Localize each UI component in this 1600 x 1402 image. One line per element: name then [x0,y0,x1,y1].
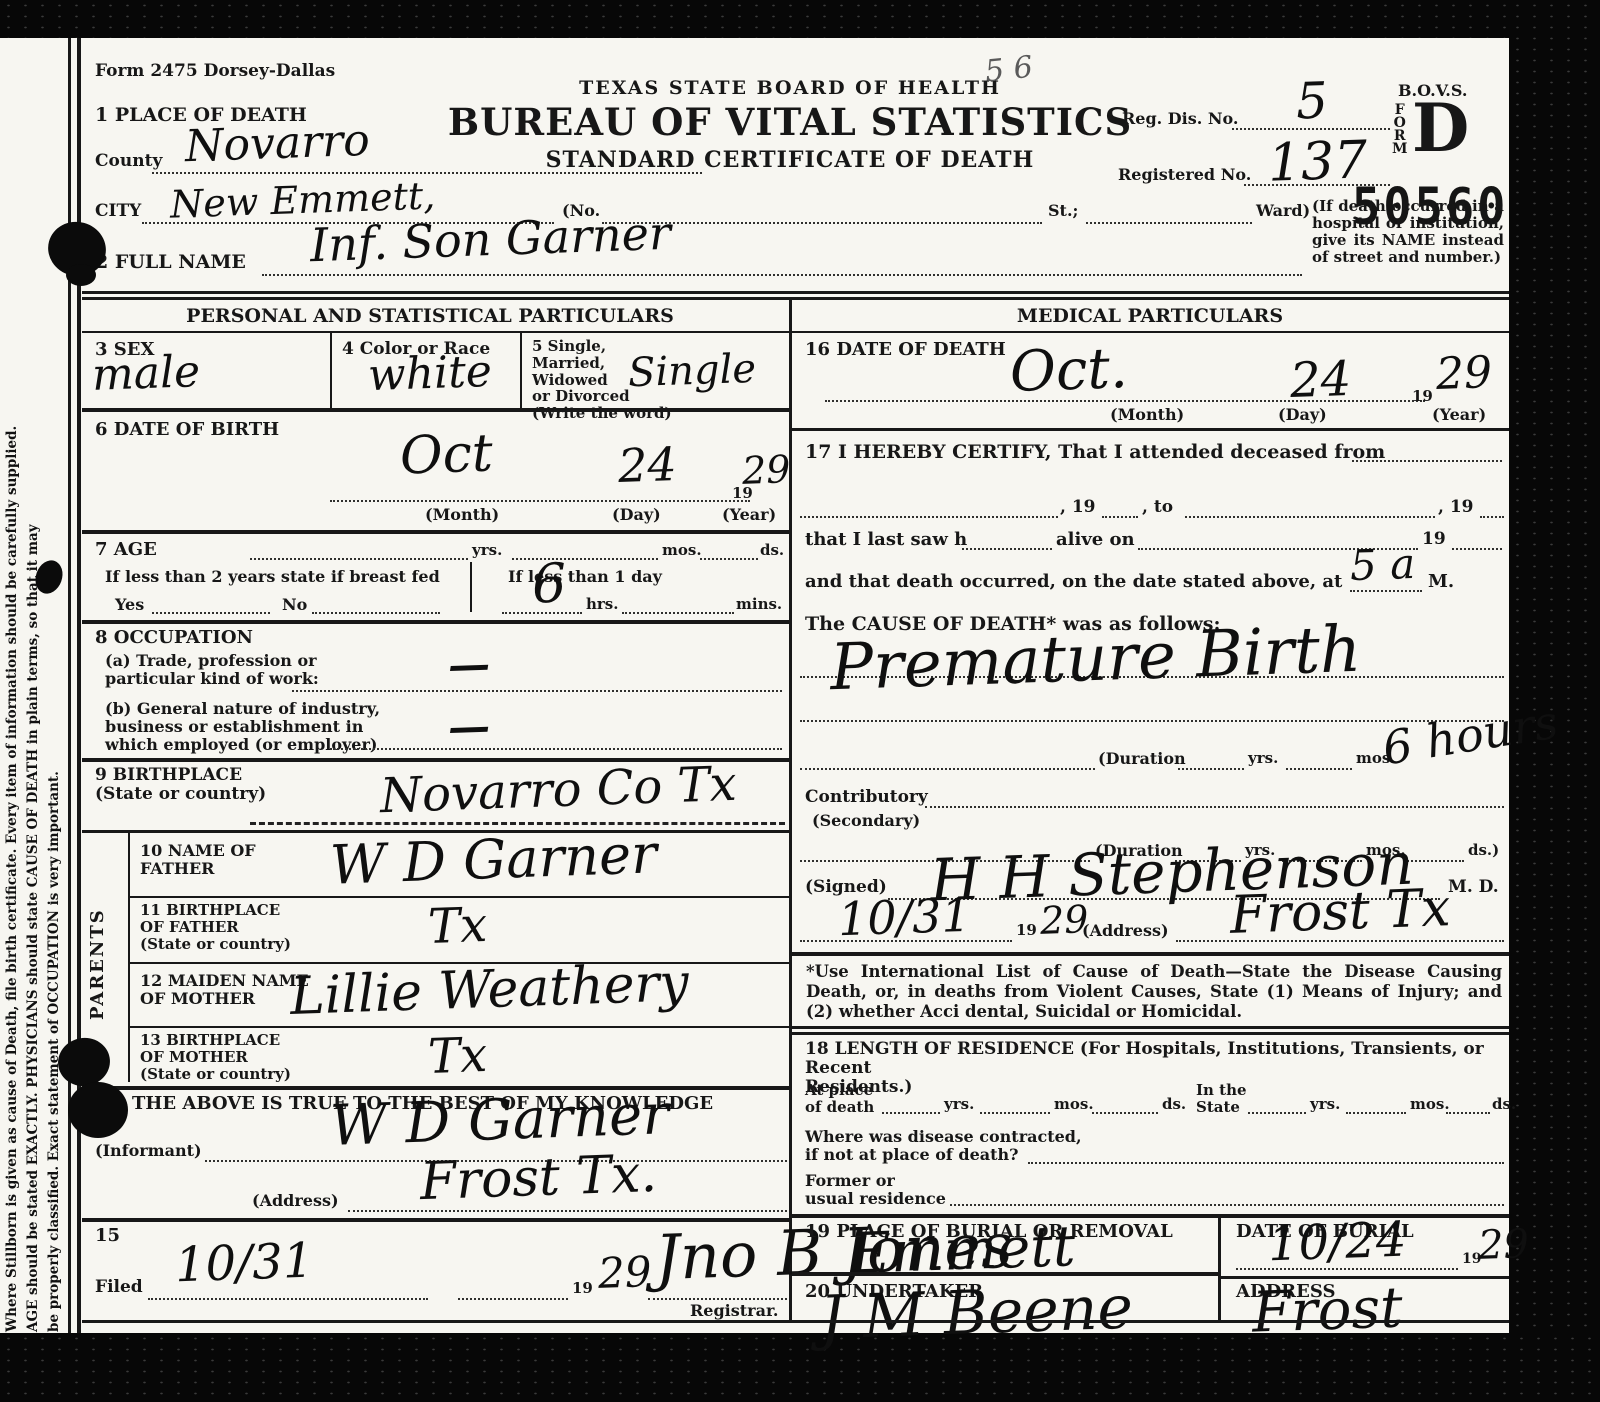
certify-label: 17 I HEREBY CERTIFY, That I attended dec… [805,442,1385,463]
mother-name-label: 12 MAIDEN NAME OF MOTHER [140,972,309,1008]
father-birthplace-label: 11 BIRTHPLACE OF FATHER (State or countr… [140,902,291,952]
parents-vertical-label: PARENTS [88,900,108,1020]
father-birthplace-value: Tx [427,897,488,955]
row16-divider [792,428,1509,431]
informant-address-line [348,1210,787,1212]
row7-divider [82,620,789,624]
former-residence-label: Former or usual residence [805,1172,946,1208]
ward-label: Ward) [1256,202,1310,220]
occupation-label: 8 OCCUPATION [95,628,253,648]
cause-footnote: *Use International List of Cause of Deat… [806,962,1502,1022]
death-time-line [1350,590,1422,592]
color-value: white [367,346,493,401]
mother-name-value: Lillie Weathery [289,953,690,1027]
street-line [1086,222,1252,224]
instate-mos-label: mos. [1410,1096,1450,1113]
duration-lead-line [800,768,1095,770]
duration-label: (Duration [1098,750,1186,768]
header-divider-2 [82,297,1509,300]
undertaker-address-value: Frost [1251,1275,1404,1345]
medical-section-title: MEDICAL PARTICULARS [900,306,1400,327]
certify-19b: , 19 [1438,498,1474,517]
occupation-b-line [330,748,782,750]
duration-yrs-label: yrs. [1248,750,1278,767]
mins-line [622,612,734,614]
informant-address-value: Frost Tx. [419,1144,658,1212]
filed-year-value: 29 [597,1247,652,1298]
mins-label: mins. [736,596,782,613]
duration-mos-line [1286,768,1352,770]
personal-section-title: PERSONAL AND STATISTICAL PARTICULARS [120,306,740,327]
medical-title-rule [792,331,1509,333]
hours-value: 6 [531,551,568,615]
dod-year-label: (Year) [1432,406,1486,424]
hrs-label: hrs. [586,596,618,613]
filed-date-value: 10/31 [174,1233,314,1294]
full-name-label: 2 FULL NAME [95,252,246,273]
reg-dis-value: 5 [1295,71,1329,130]
contributory-line [925,806,1504,808]
dod-label: 16 DATE OF DEATH [805,340,1006,360]
contributory-label: Contributory [805,788,928,807]
street-label: St.; [1048,202,1078,220]
parents-cell-divider [128,833,130,1082]
burial-year-value: 29 [1477,1221,1529,1269]
atplace-ds-line [1092,1112,1158,1114]
form-number: Form 2475 Dorsey-Dallas [95,62,335,81]
pencil-notation: 5 6 [983,50,1034,90]
duration-yrs-line [1178,768,1244,770]
instate-yrs-line [1248,1112,1306,1114]
color-marital-divider [520,333,522,408]
signed-address-value: Frost Tx [1229,878,1451,946]
personal-title-rule [82,331,789,333]
filed-date-line [148,1298,428,1300]
footnote-divider-1 [792,1026,1509,1029]
dod-day-value: 24 [1289,351,1352,409]
occupation-b-value: — [447,701,491,751]
dob-month-value: Oct [399,423,494,486]
breastfed-no-label: No [282,596,307,614]
dob-label: 6 DATE OF BIRTH [95,420,279,440]
lastsaw-h-line [962,548,1052,550]
occupation-a-line [292,690,782,692]
age-sub-divider [470,562,472,612]
scan-border-top [0,0,1600,38]
mother-birthplace-label: 13 BIRTHPLACE OF MOTHER (State or countr… [140,1032,291,1082]
dod-19-printed: 19 [1412,388,1433,405]
death-time-m-label: M. [1428,572,1454,592]
scan-border-bottom [0,1333,1600,1402]
dob-year-value: 29 [741,447,791,493]
age-yrs-line [250,558,468,560]
atplace-mos-label: mos. [1054,1096,1094,1113]
age-yrs-label: yrs. [472,542,502,559]
registered-no-label: Registered No. [1118,166,1251,184]
dob-line [330,500,750,502]
signed-date-value: 10/31 [837,888,971,947]
age-label: 7 AGE [95,540,157,560]
filed-year-line [458,1298,568,1300]
in-state-label: In the State [1196,1082,1247,1116]
footnote-divider-2 [792,1032,1509,1035]
residence-title: 18 LENGTH OF RESIDENCE (For Hospitals, I… [805,1040,1505,1097]
row19-divider [792,1272,1218,1276]
contracted-label: Where was disease contracted, if not at … [805,1128,1082,1164]
death-time-value: 5 a [1349,539,1416,590]
lastsaw-19-line [1452,548,1502,550]
registrar-line [648,1298,787,1300]
instate-mos-line [1346,1112,1406,1114]
age-ds-label: ds. [760,542,784,559]
dod-day-label: (Day) [1278,406,1327,424]
signed-19-printed: 19 [1016,922,1037,939]
burial-cell-divider [1218,1214,1221,1320]
breastfed-label: If less than 2 years state if breast fed [105,568,440,586]
at-place-label: At place of death [805,1082,874,1116]
reg-dis-label: Reg. Dis. No. [1122,110,1239,128]
alive-on-label: alive on [1056,530,1135,550]
atplace-yrs-label: yrs. [944,1096,974,1113]
burial-date-value: 10/24 [1267,1212,1407,1273]
dob-day-label: (Day) [612,506,661,524]
atplace-yrs-line [882,1112,940,1114]
occupation-a-label: (a) Trade, profession or particular kind… [105,652,319,688]
margin-line-2: AGE should be stated EXACTLY. PHYSICIANS… [23,46,44,1332]
md-label: M. D. [1448,878,1499,897]
registrar-label: Registrar. [690,1302,778,1320]
undertaker-signature: J M Beene [819,1273,1134,1354]
age-mos-label: mos. [662,542,702,559]
dob-day-value: 24 [617,437,677,493]
father-name-value: W D Garner [329,822,658,896]
signed-divider [792,952,1509,956]
informant-address-label: (Address) [252,1192,339,1210]
birthplace-line [250,822,785,825]
mother-birthplace-value: Tx [427,1027,488,1085]
lastsaw-19: 19 [1422,530,1446,549]
secondary-label: (Secondary) [812,812,920,830]
sex-color-divider [330,333,332,408]
form-word-vertical: F O R M [1392,104,1408,156]
instate-ds-label: ds. [1492,1096,1516,1113]
marital-value: Single [627,346,757,396]
birthplace-value: Novarro Co Tx [379,756,737,824]
certify-to-label: , to [1142,498,1173,517]
certify-to-line [1185,516,1435,518]
county-label: County [95,152,162,171]
instate-yrs-label: yrs. [1310,1096,1340,1113]
dod-month-value: Oct. [1009,336,1129,405]
dod-year-value: 29 [1435,347,1493,400]
age-ds-line [700,558,758,560]
lastsaw-label: that I last saw h [805,530,967,550]
form-letter-d: D [1412,92,1469,166]
dod-month-label: (Month) [1110,406,1184,424]
margin-line-1: Where Stillborn is given as cause of Dea… [2,46,23,1332]
breastfed-yes-line [152,612,270,614]
contracted-line [1028,1162,1504,1164]
atplace-mos-line [980,1112,1050,1114]
occupation-b-label: (b) General nature of industry, business… [105,700,380,754]
header-divider-1 [82,291,1509,294]
breastfed-yes-label: Yes [115,596,144,614]
breastfed-no-line [312,612,440,614]
ink-blot-fullname-drip [66,264,96,286]
county-value: Novarro [184,115,370,172]
full-name-line [262,274,1302,276]
informant-label: (Informant) [95,1142,202,1160]
row6-divider [82,530,789,534]
filed-19-printed: 19 [572,1280,593,1297]
father-name-label: 10 NAME OF FATHER [140,842,256,878]
city-label: CITY [95,202,141,221]
certificate-title: STANDARD CERTIFICATE OF DEATH [480,148,1100,173]
hospital-note: (If death occurred in a hospital or inst… [1312,198,1504,266]
certify-19b-line [1480,516,1504,518]
dob-year-label: (Year) [722,506,776,524]
certify-19a-line [1102,516,1138,518]
certify-from-line [1352,460,1502,462]
death-occurred-label: and that death occurred, on the date sta… [805,572,1342,592]
certify-from-date-line [800,516,1058,518]
sex-value: male [91,346,201,401]
dob-month-label: (Month) [425,506,499,524]
filed-label: Filed [95,1278,143,1297]
signed-address-label: (Address) [1082,922,1169,940]
item-15-label: 15 [95,1226,120,1246]
certify-19a: , 19 [1060,498,1096,517]
ink-blot-item14-lower [68,1082,128,1138]
full-name-value: Inf. Son Garner [309,206,672,273]
contributory-ds-label: ds.) [1468,842,1499,859]
death-certificate-scan: Where Stillborn is given as cause of Dea… [0,0,1600,1402]
former-residence-line [950,1204,1504,1206]
birthplace-label: 9 BIRTHPLACE (State or country) [95,766,266,804]
bureau-title: BUREAU OF VITAL STATISTICS [420,102,1160,143]
instate-ds-line [1446,1112,1490,1114]
form-bottom-rule [82,1320,1509,1323]
row5-divider [82,408,789,412]
burial-date-line [1236,1268,1458,1270]
occupation-a-value: — [447,639,491,689]
atplace-ds-label: ds. [1162,1096,1186,1113]
